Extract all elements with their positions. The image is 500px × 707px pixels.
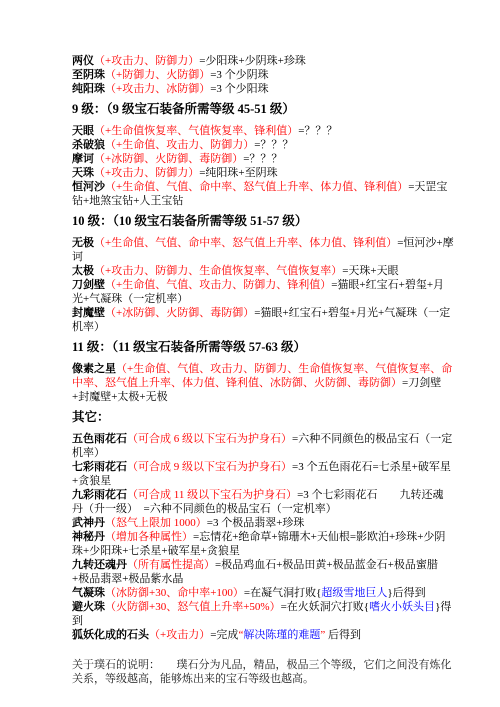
gem-attributes: （+生命值、攻击力、防御力） xyxy=(105,139,254,151)
gem-attributes: （+攻击力、冰防御） xyxy=(105,83,210,95)
gem-recipe-line: 神秘丹（增加各种属性）=忘情花+绝命草+锦珊木+天仙根=影欧泊+珍珠+少阴珠+少… xyxy=(72,530,454,558)
document-body: 两仪（+攻击力、防御力）=少阳珠+少阴珠+珍珠至阴珠（+防御力、火防御）=3 个… xyxy=(0,0,500,686)
quest-link[interactable]: 嗜火小妖头目 xyxy=(369,601,435,613)
note-paragraph: 关于璞石的说明： 璞石分为凡品，精品，极品三个等级，它们之间没有炼化关系，等级越… xyxy=(72,658,454,686)
recipe-text: =？？？ xyxy=(254,139,293,151)
recipe-text: }后得到 xyxy=(387,587,425,599)
gem-name: 天眼 xyxy=(72,125,94,137)
gem-recipe-line: 七彩雨花石（可合成 9 级以下宝石为护身石）=3 个五色雨花石=七杀星+破军星+… xyxy=(72,460,454,488)
gem-recipe-line: 无极（+生命值、气值、命中率、怒气值上升率、体力值、锋利值）=恒河沙+摩诃 xyxy=(72,236,454,264)
gem-name: 五色雨花石 xyxy=(72,433,127,445)
gem-recipe-line: 避火珠（火防御+30、怒气值上升率+50%）=在火妖洞穴打败{嗜火小妖头目}得到 xyxy=(72,600,454,628)
gem-recipe-line: 九转还魂丹（所有属性提高）=极品鸡血石+极品田黄+极品蓝金石+极品蜜腊+极品翡翠… xyxy=(72,558,454,586)
gem-recipe-line: 杀破狼（+生命值、攻击力、防御力）=？？？ xyxy=(72,138,454,152)
gem-attributes: （+冰防御、火防御、毒防御） xyxy=(105,307,254,319)
gem-name: 气凝珠 xyxy=(72,587,105,599)
gem-attributes: （+攻击力、防御力） xyxy=(94,55,199,67)
recipe-text: =在火妖洞穴打败{ xyxy=(281,601,369,613)
gem-recipe-line: 五色雨花石（可合成 6 级以下宝石为护身石）=六种不同颜色的极品宝石（一定机率） xyxy=(72,432,454,460)
gem-recipe-line: 至阴珠（+防御力、火防御）=3 个少阴珠 xyxy=(72,68,454,82)
recipe-text: =天珠+天眼 xyxy=(342,265,398,277)
gem-name: 无极 xyxy=(72,237,94,249)
recipe-text: =？？？ xyxy=(243,153,282,165)
gem-name: 纯阳珠 xyxy=(72,83,105,95)
document-page: 两仪（+攻击力、防御力）=少阳珠+少阴珠+珍珠至阴珠（+防御力、火防御）=3 个… xyxy=(0,0,500,707)
gem-recipe-line: 天珠（+攻击力、防御力）=纯阳珠+至阴珠 xyxy=(72,166,454,180)
section-heading: 9 级：（9 级宝石装备所需等级 45-51 级） xyxy=(72,102,454,117)
gem-recipe-line: 两仪（+攻击力、防御力）=少阳珠+少阴珠+珍珠 xyxy=(72,54,454,68)
gem-attributes: （+攻击力、防御力） xyxy=(94,167,199,179)
recipe-text: =在凝气洞打败{ xyxy=(244,587,321,599)
gem-name: 神秘丹 xyxy=(72,531,105,543)
gem-attributes: （+冰防御、火防御、毒防御） xyxy=(94,153,243,165)
gem-attributes: （+生命值、气值、命中率、怒气值上升率、体力值、锋利值） xyxy=(94,237,397,249)
recipe-text: =3 个少阴珠 xyxy=(210,69,268,81)
recipe-text: =3 个少阳珠 xyxy=(210,83,268,95)
gem-name: 恒河沙 xyxy=(72,181,105,193)
gem-recipe-line: 纯阳珠（+攻击力、冰防御）=3 个少阳珠 xyxy=(72,82,454,96)
gem-recipe-line: 刀剑壁（+生命值、气值、攻击力、防御力、锋利值）=猫眼+红宝石+碧玺+月光+气凝… xyxy=(72,278,454,306)
gem-attributes: （可合成 11 级以下宝石为护身石） xyxy=(127,489,297,501)
section-heading: 11 级：（11 级宝石装备所需等级 57-63 级） xyxy=(72,340,454,355)
gem-attributes: （增加各种属性） xyxy=(105,531,193,543)
gem-recipe-line: 天眼（+生命值恢复率、气值恢复率、锋利值）=？？？ xyxy=(72,124,454,138)
quest-link[interactable]: 超级雪地巨人 xyxy=(321,587,387,599)
gem-recipe-line: 武神丹（怒气上限加 1000）=3 个极品翡翠+珍珠 xyxy=(72,516,454,530)
gem-recipe-line: 恒河沙（+生命值、气值、命中率、怒气值上升率、体力值、锋利值）=天罡宝钻+地煞宝… xyxy=(72,180,454,208)
recipe-text: =纯阳珠+至阴珠 xyxy=(199,167,277,179)
section-heading: 其它： xyxy=(72,410,454,425)
gem-attributes: （+防御力、火防御） xyxy=(105,69,210,81)
gem-attributes: （+生命值、气值、攻击力、防御力、生命值恢复率、气值恢复率、命中率、怒气值上升率… xyxy=(72,363,452,389)
gem-name: 摩诃 xyxy=(72,153,94,165)
gem-attributes: （冰防御+30、命中率+100） xyxy=(105,587,244,599)
gem-name: 天珠 xyxy=(72,167,94,179)
gem-name: 避火珠 xyxy=(72,601,105,613)
recipe-text: =少阳珠+少阴珠+珍珠 xyxy=(199,55,306,67)
gem-name: 两仪 xyxy=(72,55,94,67)
gem-attributes: （+生命值、气值、命中率、怒气值上升率、体力值、锋利值） xyxy=(105,181,408,193)
gem-attributes: （所有属性提高） xyxy=(127,559,215,571)
gem-attributes: （可合成 9 级以下宝石为护身石） xyxy=(127,461,292,473)
gem-attributes: （怒气上限加 1000） xyxy=(105,517,207,529)
gem-name: 太极 xyxy=(72,265,94,277)
gem-name: 九彩雨花石 xyxy=(72,489,127,501)
gem-recipe-line: 气凝珠（冰防御+30、命中率+100）=在凝气洞打败{超级雪地巨人}后得到 xyxy=(72,586,454,600)
gem-name: 九转还魂丹 xyxy=(72,559,127,571)
gem-name: 刀剑壁 xyxy=(72,279,105,291)
gem-attributes: （火防御+30、怒气值上升率+50%） xyxy=(105,601,281,613)
gem-recipe-line: 九彩雨花石（可合成 11 级以下宝石为护身石）=3 个七彩雨花石 九转还魂丹（升… xyxy=(72,488,454,516)
recipe-text: =3 个极品翡翠+珍珠 xyxy=(207,517,305,529)
gem-name: 杀破狼 xyxy=(72,139,105,151)
gem-recipe-line: 摩诃（+冰防御、火防御、毒防御）=？？？ xyxy=(72,152,454,166)
gem-recipe-line: 像素之星（+生命值、气值、攻击力、防御力、生命值恢复率、气值恢复率、命中率、怒气… xyxy=(72,362,454,404)
gem-recipe-line: 太极（+攻击力、防御力、生命值恢复率、气值恢复率）=天珠+天眼 xyxy=(72,264,454,278)
gem-name: 至阴珠 xyxy=(72,69,105,81)
recipe-text: =完成 xyxy=(210,629,238,641)
gem-attributes: （+生命值恢复率、气值恢复率、锋利值） xyxy=(94,125,298,137)
recipe-text: =？？？ xyxy=(298,125,337,137)
gem-attributes: （可合成 6 级以下宝石为护身石） xyxy=(127,433,292,445)
gem-name: 封魔壁 xyxy=(72,307,105,319)
gem-attributes: （+生命值、气值、攻击力、防御力、锋利值） xyxy=(105,279,331,291)
gem-name: 武神丹 xyxy=(72,517,105,529)
quest-link[interactable]: 解决陈瑾的难题 xyxy=(243,629,320,641)
gem-name: 狐妖化成的石头 xyxy=(72,629,149,641)
gem-name: 七彩雨花石 xyxy=(72,461,127,473)
recipe-text: 后得到 xyxy=(325,629,361,641)
gem-attributes: （+攻击力） xyxy=(149,629,210,641)
gem-attributes: （+攻击力、防御力、生命值恢复率、气值恢复率） xyxy=(94,265,342,277)
section-heading: 10 级：（10 级宝石装备所需等级 51-57 级） xyxy=(72,214,454,229)
gem-recipe-line: 狐妖化成的石头（+攻击力）=完成“解决陈瑾的难题” 后得到 xyxy=(72,628,454,642)
gem-recipe-line: 封魔壁（+冰防御、火防御、毒防御）=猫眼+红宝石+碧玺+月光+气凝珠（一定机率） xyxy=(72,306,454,334)
gem-name: 像素之星 xyxy=(72,363,116,375)
